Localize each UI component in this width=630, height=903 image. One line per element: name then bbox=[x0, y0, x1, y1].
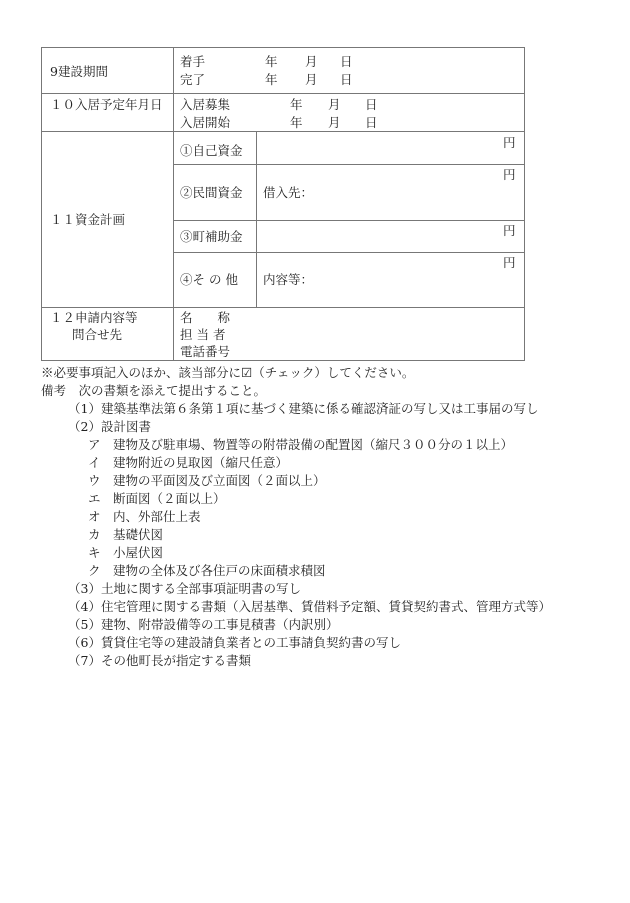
other-funds-label: ④そ の 他 bbox=[180, 272, 238, 287]
funding-plan-label: １１資金計画 bbox=[50, 212, 125, 227]
remark-item-1: （1）建築基準法第６条第１項に基づく建築に係る確認済証の写し又は工事届の写し bbox=[68, 400, 538, 418]
complete-label: 完了 bbox=[180, 72, 205, 87]
name-field-label: 名 称 bbox=[180, 310, 230, 325]
remark-subitem-ku: ク 建物の全体及び各住戸の床面積求積図 bbox=[88, 562, 326, 580]
recruit-month[interactable]: 月 bbox=[328, 97, 341, 112]
town-subsidy-unit: 円 bbox=[503, 223, 516, 238]
move-in-day[interactable]: 日 bbox=[365, 115, 378, 130]
complete-day[interactable]: 日 bbox=[340, 72, 353, 87]
complete-month[interactable]: 月 bbox=[305, 72, 318, 87]
inquiry-label-1: １２申請内容等 bbox=[50, 310, 138, 325]
column-divider bbox=[173, 47, 174, 361]
move-in-month[interactable]: 月 bbox=[328, 115, 341, 130]
remark-item-4: （4）住宅管理に関する書類（入居基準、賃借料予定額、賃貸契約書式、管理方式等） bbox=[68, 598, 551, 616]
remark-subitem-ka: カ 基礎伏図 bbox=[88, 526, 163, 544]
start-day[interactable]: 日 bbox=[340, 54, 353, 69]
other-funds-unit: 円 bbox=[503, 255, 516, 270]
check-instruction: ※必要事項記入のほか、該当部分に☑（チェック）してください。 bbox=[41, 364, 414, 382]
other-details-label: 内容等： bbox=[263, 272, 313, 287]
remark-subitem-ki: キ 小屋伏図 bbox=[88, 544, 163, 562]
move-in-start-label: 入居開始 bbox=[180, 115, 230, 130]
move-in-year[interactable]: 年 bbox=[290, 115, 303, 130]
own-funds-label: ①自己資金 bbox=[180, 143, 243, 158]
recruit-label: 入居募集 bbox=[180, 97, 230, 112]
remark-item-7: （7）その他町長が指定する書類 bbox=[68, 652, 251, 670]
private-funds-label: ②民間資金 bbox=[180, 185, 243, 200]
move-in-date-label: １０入居予定年月日 bbox=[50, 97, 163, 112]
inquiry-label-2: 問合せ先 bbox=[72, 327, 122, 342]
row-divider bbox=[41, 131, 525, 132]
construction-period-label: 9建設期間 bbox=[50, 64, 108, 79]
remark-item-3: （3）土地に関する全部事項証明書の写し bbox=[68, 580, 301, 598]
row-divider bbox=[41, 93, 525, 94]
remark-subitem-a: ア 建物及び駐車場、物置等の附帯設備の配置図（縮尺３００分の１以上） bbox=[88, 436, 513, 454]
remarks-title: 備考 次の書類を添えて提出すること。 bbox=[41, 382, 266, 400]
row-divider bbox=[173, 252, 525, 253]
remark-item-2: （2）設計図書 bbox=[68, 418, 151, 436]
recruit-year[interactable]: 年 bbox=[290, 97, 303, 112]
start-label: 着手 bbox=[180, 54, 205, 69]
remark-subitem-u: ウ 建物の平面図及び立面図（２面以上） bbox=[88, 472, 326, 490]
town-subsidy-label: ③町補助金 bbox=[180, 229, 243, 244]
phone-number-label: 電話番号 bbox=[180, 344, 230, 359]
remark-subitem-o: オ 内、外部仕上表 bbox=[88, 508, 201, 526]
remark-item-6: （6）賃貸住宅等の建設請負業者との工事請負契約書の写し bbox=[68, 634, 401, 652]
row-divider bbox=[173, 164, 525, 165]
recruit-day[interactable]: 日 bbox=[365, 97, 378, 112]
own-funds-unit: 円 bbox=[503, 135, 516, 150]
row-divider bbox=[41, 307, 525, 308]
complete-year[interactable]: 年 bbox=[265, 72, 278, 87]
row-divider bbox=[173, 220, 525, 221]
column-divider bbox=[256, 131, 257, 307]
remark-subitem-e: エ 断面図（２面以上） bbox=[88, 490, 226, 508]
remark-subitem-i: イ 建物附近の見取図（縮尺任意） bbox=[88, 454, 288, 472]
lender-label: 借入先： bbox=[263, 185, 313, 200]
private-funds-unit: 円 bbox=[503, 167, 516, 182]
start-month[interactable]: 月 bbox=[305, 54, 318, 69]
person-in-charge-label: 担 当 者 bbox=[180, 327, 225, 342]
remark-item-5: （5）建物、附帯設備等の工事見積書（内訳別） bbox=[68, 616, 338, 634]
start-year[interactable]: 年 bbox=[265, 54, 278, 69]
